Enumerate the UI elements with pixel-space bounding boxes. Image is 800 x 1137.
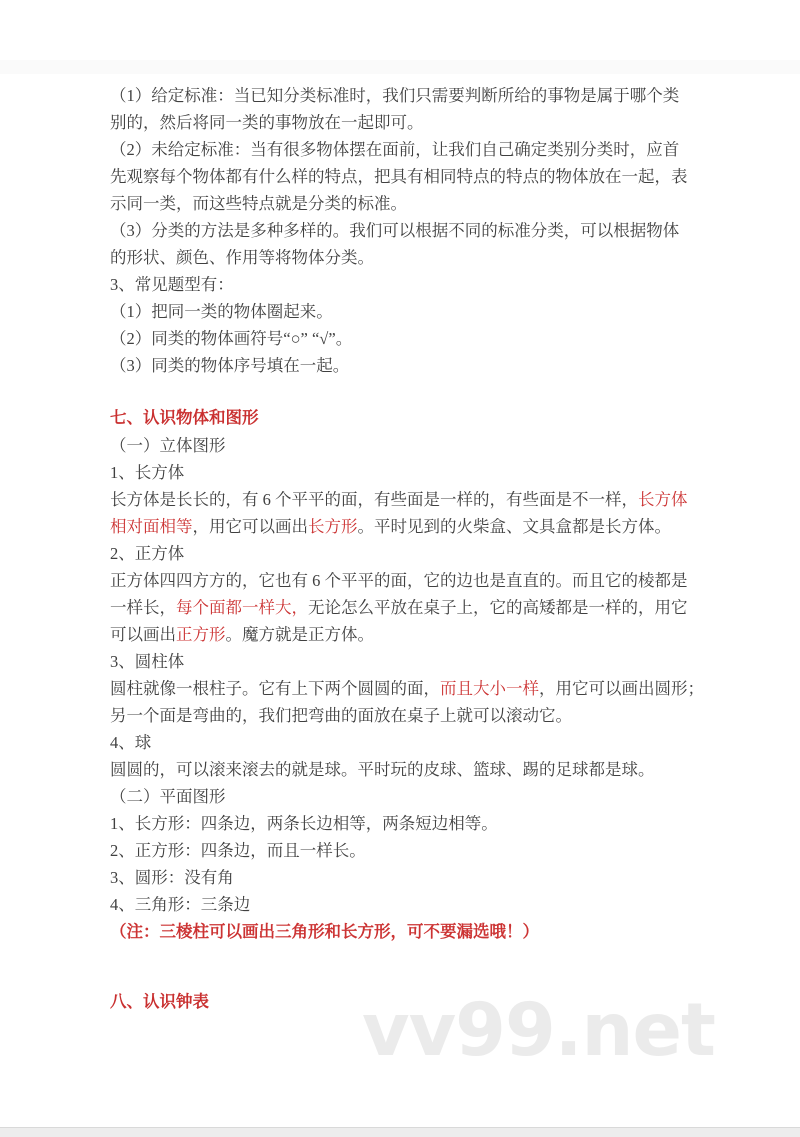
text-line: 3、常见题型有：: [110, 271, 695, 298]
body-text: 示同一类，而这些特点就是分类的标准。: [110, 194, 407, 213]
body-text: 4、三角形：三条边: [110, 895, 250, 914]
body-text: ，用它可以画出圆形；: [539, 679, 704, 698]
body-text: （2）同类的物体画符号“○” “√”。: [110, 329, 352, 348]
body-text: 先观察每个物体都有什么样的特点，把具有相同特点的特点的物体放在一起，表: [110, 167, 688, 186]
body-text: 3、圆形：没有角: [110, 868, 234, 887]
text-line: 圆柱就像一根柱子。它有上下两个圆圆的面，而且大小一样，用它可以画出圆形；: [110, 675, 695, 702]
emphasized-text: 每个面都一样大，: [176, 598, 308, 617]
body-text: 。魔方就是正方体。: [226, 625, 375, 644]
body-text: 无论怎么平放在桌子上，它的高矮都是一样的，用它: [308, 598, 688, 617]
emphasized-text: 长方形: [308, 517, 358, 536]
emphasized-text: 长方体: [638, 490, 688, 509]
text-line: 一样长，每个面都一样大，无论怎么平放在桌子上，它的高矮都是一样的，用它: [110, 594, 695, 621]
body-text: （二）平面图形: [110, 787, 226, 806]
text-line: 先观察每个物体都有什么样的特点，把具有相同特点的特点的物体放在一起，表: [110, 163, 695, 190]
body-text: （1）把同一类的物体圈起来。: [110, 302, 333, 321]
body-text: 正方体四四方方的，它也有 6 个平平的面，它的边也是直直的。而且它的棱都是: [110, 571, 688, 590]
body-text: 别的，然后将同一类的事物放在一起即可。: [110, 113, 424, 132]
body-text: 七、认识物体和图形: [110, 409, 259, 427]
body-text: （3）同类的物体序号填在一起。: [110, 356, 349, 375]
body-text: 1、长方形：四条边，两条长边相等，两条短边相等。: [110, 814, 498, 833]
page-top-shade: [0, 60, 800, 74]
body-text: （3）分类的方法是多种多样的。我们可以根据不同的标准分类，可以根据物体: [110, 221, 679, 240]
text-line: 4、球: [110, 729, 695, 756]
body-text: 长方体是长长的，有 6 个平平的面，有些面是一样的，有些面是不一样，: [110, 490, 638, 509]
page-bottom-bar: [0, 1127, 800, 1137]
emphasized-text: 而且大小一样: [440, 679, 539, 698]
text-line: 另一个面是弯曲的，我们把弯曲的面放在桌子上就可以滚动它。: [110, 702, 695, 729]
emphasized-text: 正方形: [176, 625, 226, 644]
text-line: 可以画出正方形。魔方就是正方体。: [110, 621, 695, 648]
body-text: 的形状、颜色、作用等将物体分类。: [110, 248, 374, 267]
text-line: （2）未给定标准：当有很多物体摆在面前，让我们自己确定类别分类时，应首: [110, 136, 695, 163]
text-line: 4、三角形：三条边: [110, 891, 695, 918]
document-page: （1）给定标准：当已知分类标准时，我们只需要判断所给的事物是属于哪个类别的，然后…: [0, 0, 800, 1137]
body-text: 可以画出: [110, 625, 176, 644]
text-line: 相对面相等，用它可以画出长方形。平时见到的火柴盒、文具盒都是长方体。: [110, 513, 695, 540]
body-text: 2、正方体: [110, 544, 184, 563]
text-line: 圆圆的，可以滚来滚去的就是球。平时玩的皮球、篮球、踢的足球都是球。: [110, 756, 695, 783]
text-line: 别的，然后将同一类的事物放在一起即可。: [110, 109, 695, 136]
text-line: 3、圆形：没有角: [110, 864, 695, 891]
body-text: 3、圆柱体: [110, 652, 184, 671]
body-text: 4、球: [110, 733, 151, 752]
text-line: 1、长方形：四条边，两条长边相等，两条短边相等。: [110, 810, 695, 837]
text-line: （2）同类的物体画符号“○” “√”。: [110, 325, 695, 352]
body-text: （2）未给定标准：当有很多物体摆在面前，让我们自己确定类别分类时，应首: [110, 140, 679, 159]
text-line: 2、正方体: [110, 540, 695, 567]
text-line: 正方体四四方方的，它也有 6 个平平的面，它的边也是直直的。而且它的棱都是: [110, 567, 695, 594]
text-line: 1、长方体: [110, 459, 695, 486]
document-body: （1）给定标准：当已知分类标准时，我们只需要判断所给的事物是属于哪个类别的，然后…: [110, 82, 695, 1016]
body-text: 2、正方形：四条边，而且一样长。: [110, 841, 366, 860]
watermark: vv99.net: [362, 988, 715, 1073]
body-text: 一样长，: [110, 598, 176, 617]
text-line: 的形状、颜色、作用等将物体分类。: [110, 244, 695, 271]
body-text: 。平时见到的火柴盒、文具盒都是长方体。: [358, 517, 672, 536]
text-line: （二）平面图形: [110, 783, 695, 810]
text-line: （1）给定标准：当已知分类标准时，我们只需要判断所给的事物是属于哪个类: [110, 82, 695, 109]
text-line: （1）把同一类的物体圈起来。: [110, 298, 695, 325]
text-line: 2、正方形：四条边，而且一样长。: [110, 837, 695, 864]
text-line: 长方体是长长的，有 6 个平平的面，有些面是一样的，有些面是不一样，长方体: [110, 486, 695, 513]
text-line: （注：三棱柱可以画出三角形和长方形，可不要漏选哦！）: [110, 918, 695, 945]
text-line: （3）同类的物体序号填在一起。: [110, 352, 695, 379]
body-text: 3、常见题型有：: [110, 275, 234, 294]
text-line: （一）立体图形: [110, 432, 695, 459]
text-line: 3、圆柱体: [110, 648, 695, 675]
body-text: （一）立体图形: [110, 436, 226, 455]
body-text: 圆圆的，可以滚来滚去的就是球。平时玩的皮球、篮球、踢的足球都是球。: [110, 760, 655, 779]
body-text: ，用它可以画出: [193, 517, 309, 536]
body-text: 1、长方体: [110, 463, 184, 482]
body-text: 八、认识钟表: [110, 993, 209, 1011]
section-heading: 七、认识物体和图形: [110, 405, 695, 432]
body-text: （1）给定标准：当已知分类标准时，我们只需要判断所给的事物是属于哪个类: [110, 86, 679, 105]
text-line: 示同一类，而这些特点就是分类的标准。: [110, 190, 695, 217]
body-text: 圆柱就像一根柱子。它有上下两个圆圆的面，: [110, 679, 440, 698]
body-text: 另一个面是弯曲的，我们把弯曲的面放在桌子上就可以滚动它。: [110, 706, 572, 725]
emphasized-text: （注：三棱柱可以画出三角形和长方形，可不要漏选哦！）: [110, 922, 539, 941]
text-line: （3）分类的方法是多种多样的。我们可以根据不同的标准分类，可以根据物体: [110, 217, 695, 244]
emphasized-text: 相对面相等: [110, 517, 193, 536]
